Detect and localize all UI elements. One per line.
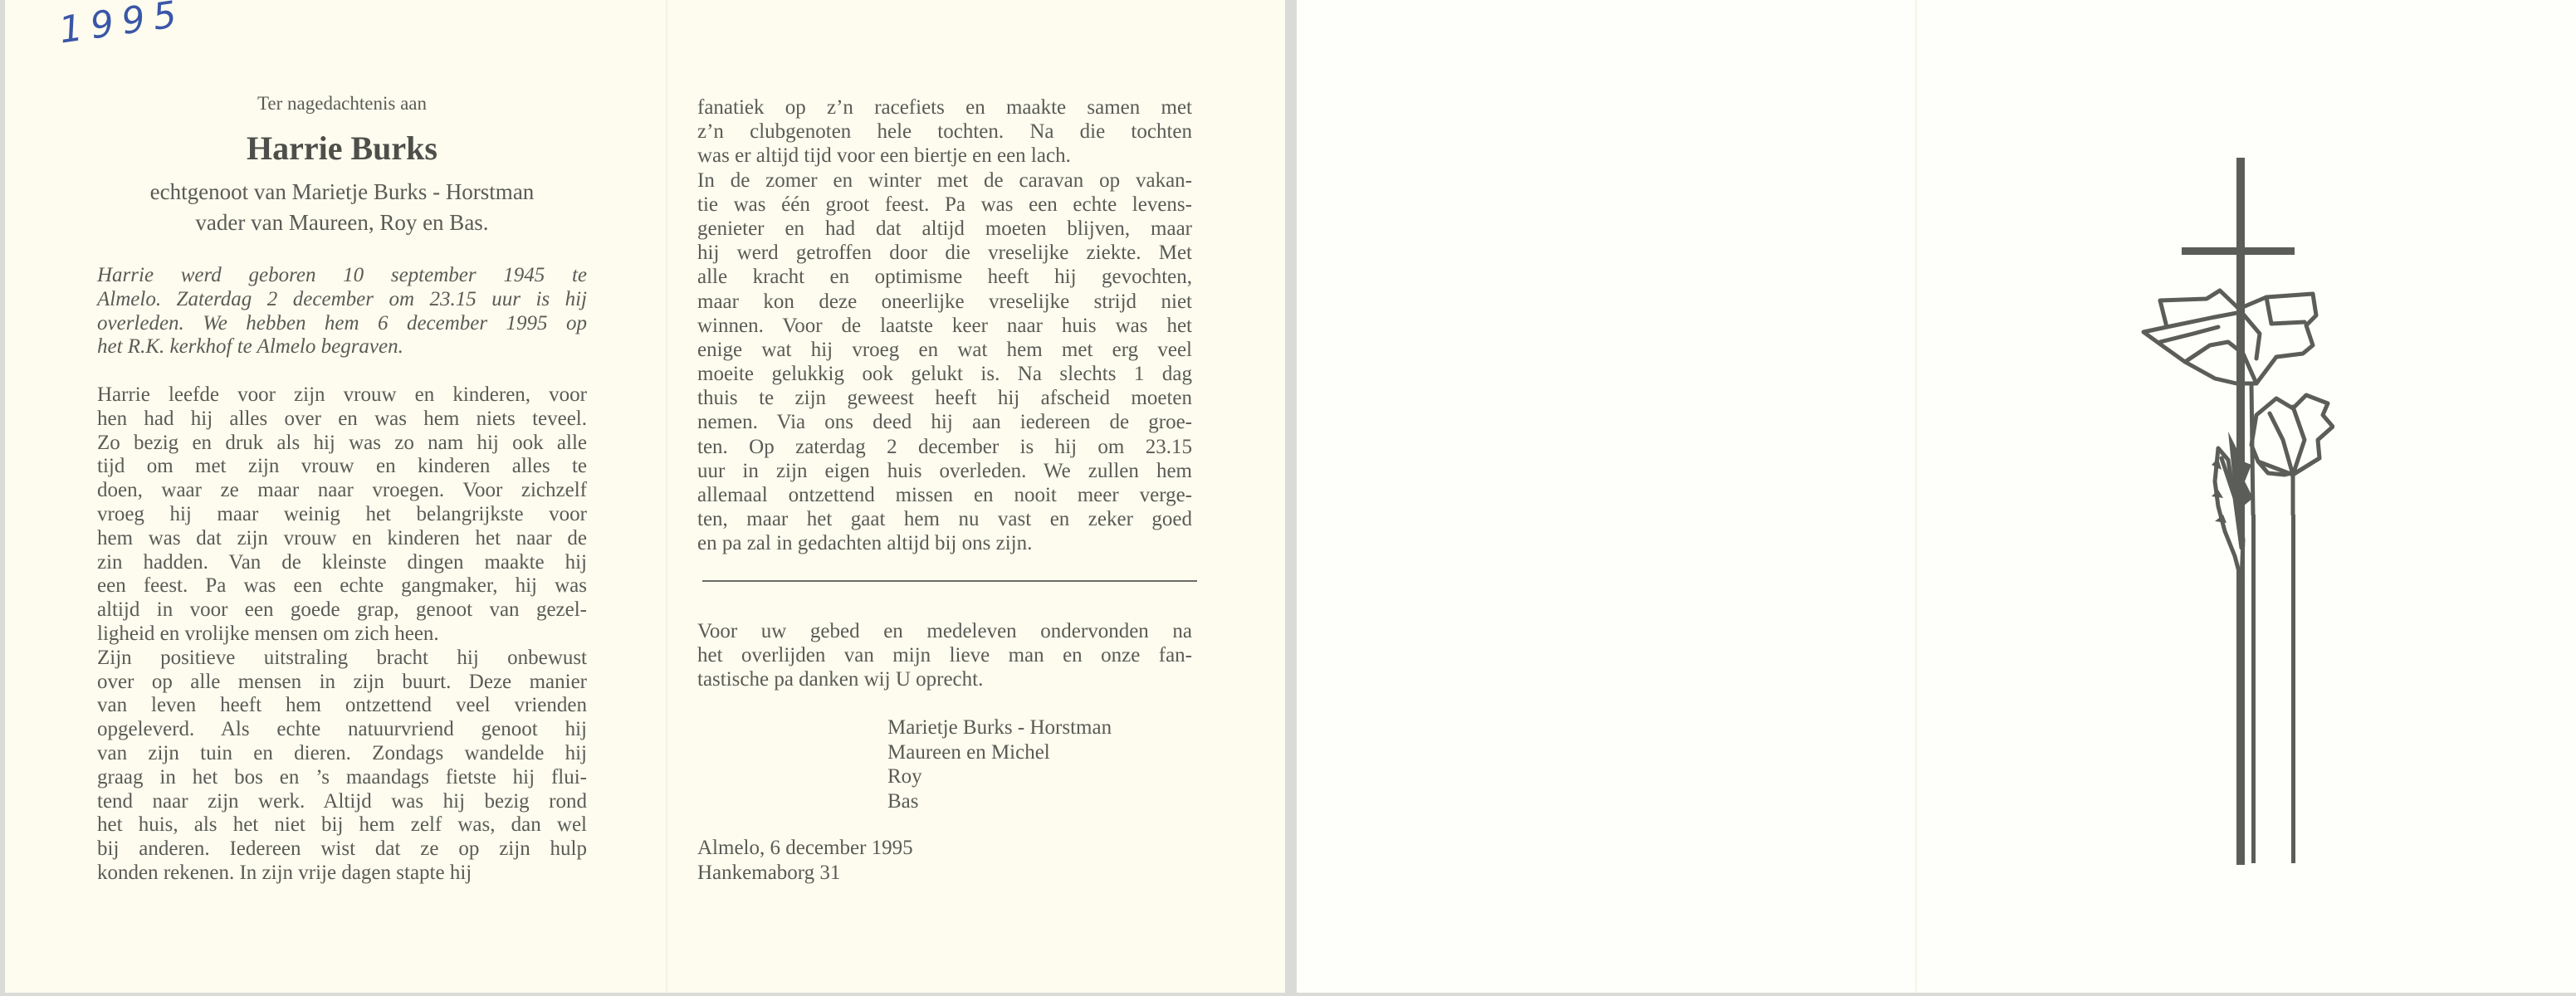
paragraph-line: enige wat hij vroeg en wat hem met erg v… bbox=[697, 338, 1192, 362]
place-date: Almelo, 6 december 1995 bbox=[697, 836, 913, 861]
paragraph-line: alle kracht en optimisme heeft hij gevoc… bbox=[697, 265, 1192, 289]
memorial-card-text-side: 1995 Ter nagedachtenis aan Harrie Burks … bbox=[5, 0, 1285, 993]
paragraph-line: het overlijden van mijn lieve man en onz… bbox=[697, 643, 1192, 667]
paragraph-line: overleden. We hebben hem 6 december 1995… bbox=[97, 312, 587, 336]
paragraph-line: opgeleverd. Als echte natuurvriend genoo… bbox=[97, 718, 587, 742]
paragraph-line: z’n clubgenoten hele tochten. Na die toc… bbox=[697, 120, 1192, 144]
paragraph-line: hem was dat zijn vrouw en kinderen het n… bbox=[97, 527, 587, 551]
paragraph-line: konden rekenen. In zijn vrije dagen stap… bbox=[97, 862, 587, 886]
paragraph-line: nemen. Via ons deed hij aan iedereen de … bbox=[697, 410, 1192, 434]
paragraph-line: een feest. Pa was een echte gangmaker, h… bbox=[97, 574, 587, 598]
divider bbox=[702, 580, 1197, 582]
intro-text: Ter nagedachtenis aan bbox=[97, 93, 587, 115]
paragraph-line: Zo bezig en druk als hij was zo nam hij … bbox=[97, 432, 587, 456]
paragraph-line: van zijn tuin en dieren. Zondags wandeld… bbox=[97, 742, 587, 766]
paragraph-line: tend naar zijn werk. Altijd was hij bezi… bbox=[97, 790, 587, 814]
handwritten-year: 1995 bbox=[56, 0, 188, 52]
paragraph-line: hen had hij alles over en was hem niets … bbox=[97, 408, 587, 432]
paragraph-line: Voor uw gebed en medeleven ondervonden n… bbox=[697, 619, 1192, 643]
life-paragraph: Harrie leefde voor zijn vrouw en kindere… bbox=[97, 383, 587, 886]
paragraph-line: was er altijd tijd voor een biertje en e… bbox=[697, 144, 1192, 168]
deceased-name: Harrie Burks bbox=[97, 129, 587, 168]
fold-line bbox=[1915, 0, 1917, 993]
paragraph-line: Almelo. Zaterdag 2 december om 23.15 uur… bbox=[97, 288, 587, 312]
cross-with-poppies-icon bbox=[2135, 149, 2334, 880]
paragraph-line: genieter en had dat altijd moeten blijve… bbox=[697, 217, 1192, 241]
signers-list: Marietje Burks - HorstmanMaureen en Mich… bbox=[887, 715, 1112, 813]
paragraph-line: bij anderen. Iedereen wist dat ze op zij… bbox=[97, 837, 587, 862]
paragraph-line: uur in zijn eigen huis overleden. We zul… bbox=[697, 459, 1192, 483]
paragraph-line: maar kon deze oneerlijke vreselijke stri… bbox=[697, 290, 1192, 314]
paragraph-line: moeite gelukkig ook gelukt is. Na slecht… bbox=[697, 362, 1192, 386]
paragraph-line: en pa zal in gedachten altijd bij ons zi… bbox=[697, 531, 1192, 555]
signer-name: Bas bbox=[887, 789, 1112, 814]
fold-line bbox=[666, 0, 667, 993]
paragraph-line: ligheid en vrolijke mensen om zich heen. bbox=[97, 622, 587, 647]
paragraph-line: In de zomer en winter met de caravan op … bbox=[697, 168, 1192, 193]
spouse-relation: echtgenoot van Marietje Burks - Horstman bbox=[97, 179, 587, 205]
paragraph-line: over op alle mensen in zijn buurt. Deze … bbox=[97, 671, 587, 695]
paragraph-line: doen, waar ze maar naar vroegen. Voor zi… bbox=[97, 479, 587, 503]
signer-name: Marietje Burks - Horstman bbox=[887, 715, 1112, 740]
paragraph-line: hij werd getroffen door die vreselijke z… bbox=[697, 241, 1192, 265]
paragraph-line: fanatiek op z’n racefiets en maakte same… bbox=[697, 95, 1192, 120]
birth-death-paragraph: Harrie werd geboren 10 september 1945 te… bbox=[97, 264, 587, 359]
paragraph-line: tie was één groot feest. Pa was een echt… bbox=[697, 193, 1192, 217]
paragraph-line: tijd om met zijn vrouw en kinderen alles… bbox=[97, 455, 587, 479]
thanks-paragraph: Voor uw gebed en medeleven ondervonden n… bbox=[697, 619, 1192, 692]
paragraph-line: van leven heeft hem ontzettend veel vrie… bbox=[97, 694, 587, 718]
paragraph-line: ten, maar het gaat hem nu vast en zeker … bbox=[697, 507, 1192, 531]
paragraph-line: ten. Op zaterdag 2 december is hij om 23… bbox=[697, 435, 1192, 459]
paragraph-line: vroeg hij maar weinig het belangrijkste … bbox=[97, 503, 587, 527]
signer-name: Maureen en Michel bbox=[887, 740, 1112, 765]
place-and-address: Almelo, 6 december 1995 Hankemaborg 31 bbox=[697, 836, 913, 885]
paragraph-line: allemaal ontzettend missen en nooit meer… bbox=[697, 483, 1192, 507]
paragraph-line: tastische pa danken wij U oprecht. bbox=[697, 667, 1192, 691]
memorial-card-cover-side bbox=[1297, 0, 2576, 993]
paragraph-line: graag in het bos en ’s maandags fietste … bbox=[97, 766, 587, 790]
paragraph-line: het huis, als het niet bij hem zelf was,… bbox=[97, 813, 587, 837]
paragraph-line: altijd in voor een goede grap, genoot va… bbox=[97, 598, 587, 622]
signer-name: Roy bbox=[887, 764, 1112, 789]
children-relation: vader van Maureen, Roy en Bas. bbox=[97, 210, 587, 236]
paragraph-line: zin hadden. Van de kleinste dingen maakt… bbox=[97, 551, 587, 575]
address: Hankemaborg 31 bbox=[697, 861, 913, 886]
paragraph-line: winnen. Voor de laatste keer naar huis w… bbox=[697, 314, 1192, 338]
paragraph-line: thuis te zijn geweest heeft hij afscheid… bbox=[697, 386, 1192, 410]
paragraph-line: Harrie werd geboren 10 september 1945 te bbox=[97, 264, 587, 288]
continuation-paragraph: fanatiek op z’n racefiets en maakte same… bbox=[697, 95, 1192, 556]
paragraph-line: Harrie leefde voor zijn vrouw en kindere… bbox=[97, 383, 587, 408]
paragraph-line: het R.K. kerkhof te Almelo begraven. bbox=[97, 335, 587, 359]
paragraph-line: Zijn positieve uitstraling bracht hij on… bbox=[97, 647, 587, 671]
